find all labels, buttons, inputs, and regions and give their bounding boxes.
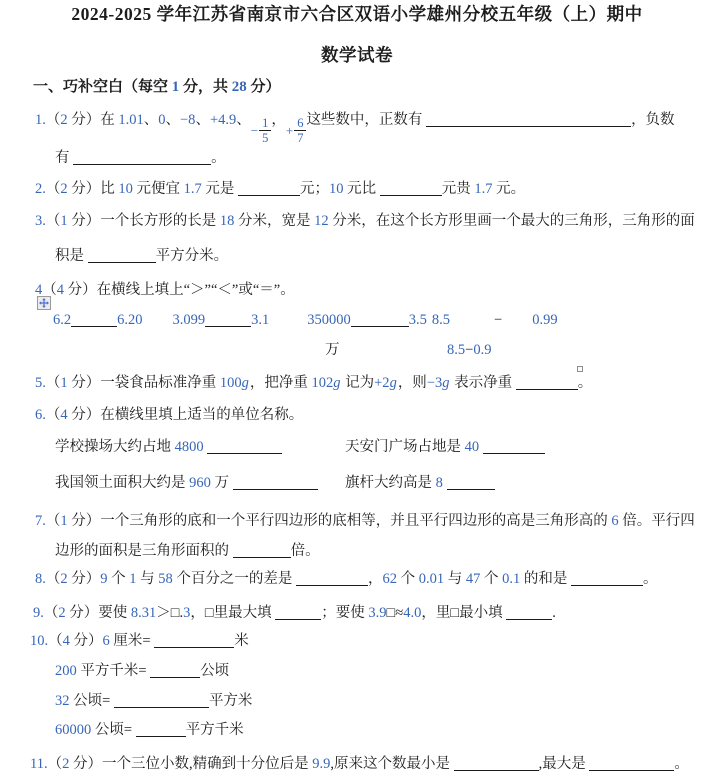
exam-paper: 2024-2025 学年江苏省南京市六合区双语小学雄州分校五年级（上）期中 数学… (0, 0, 714, 779)
text-segment: 个 (397, 571, 419, 587)
text-segment: 厘米= (110, 633, 154, 649)
text-segment: 这些数中，正数有 (306, 112, 426, 128)
text-segment: 分）在横线里填上适当的单位名称。 (68, 407, 304, 423)
q3-line2: 积是 平方分米。 (55, 247, 228, 266)
number-segment: 10. (30, 633, 48, 649)
number-segment: 6.2 (53, 312, 71, 328)
text-segment: 公顷= (91, 722, 135, 738)
text-segment: 旗杆大约高是 (345, 475, 436, 491)
blank-underline (233, 477, 318, 490)
number-segment: 2 (58, 605, 65, 621)
text-segment: （ (44, 605, 59, 621)
blank-underline (589, 758, 674, 771)
text-segment: ，负数 (631, 112, 675, 128)
blank-underline (150, 665, 200, 678)
text-segment: 与 (444, 571, 466, 587)
text-segment: （ (46, 513, 61, 529)
number-segment: 2 (60, 181, 67, 197)
number-segment: 32 (55, 693, 70, 709)
number-segment: 100 (220, 375, 242, 391)
text-segment: （ (46, 375, 61, 391)
text-segment: 分）一袋食品标准净重 (68, 375, 220, 391)
q6-row2-right: 旗杆大约高是 8 (345, 474, 495, 493)
unit-g-segment: g (333, 375, 341, 391)
fraction-stack: 15 (259, 116, 271, 146)
text-segment: 、 (144, 112, 159, 128)
number-segment: 2. (35, 181, 46, 197)
q7-line1: 7.（1 分）一个三角形的底和一个平行四边形的底相等，并且平行四边形的高是三角形… (35, 512, 695, 531)
text-segment: 平方千米= (77, 663, 150, 679)
number-segment: 40 (465, 439, 480, 455)
blank-underline (233, 545, 291, 558)
number-segment: 350000 (307, 312, 351, 328)
q6-head: 6.（4 分）在横线里填上适当的单位名称。 (35, 406, 303, 425)
text-segment: 、 (236, 112, 251, 128)
text-segment: . (552, 605, 556, 621)
blank-underline (483, 441, 545, 454)
blank-underline (207, 441, 282, 454)
text-segment: 。 (578, 375, 593, 391)
text-segment: ， (368, 571, 383, 587)
text-segment: 天安门广场占地是 (345, 439, 465, 455)
text-segment: 分）要使 (66, 605, 131, 621)
number-segment: 3.5 (409, 312, 427, 328)
fraction: +67 (286, 116, 307, 146)
q7-line2: 边形的面积是三角形面积的 倍。 (55, 542, 320, 561)
text-segment: ,最大是 (539, 756, 590, 772)
q10: 10.（4 分）6 厘米= 米 (30, 632, 249, 651)
q1-line2: 有 。 (55, 149, 226, 168)
number-segment: 4800 (175, 439, 204, 455)
number-segment: 1.01 (118, 112, 143, 128)
text-segment: 万 (211, 475, 233, 491)
text-segment: 分） (247, 79, 281, 95)
fraction-denominator: 7 (294, 131, 306, 145)
blank-underline (516, 377, 578, 390)
number-segment: 1.7 (184, 181, 202, 197)
number-segment: 1 (60, 375, 67, 391)
text-segment: 倍。 (291, 543, 320, 559)
q2: 2.（2 分）比 10 元便宜 1.7 元是 元；10 元比 元贵 1.7 元。 (35, 180, 525, 199)
number-segment: 4 (57, 282, 64, 298)
fraction-numerator: 6 (294, 116, 306, 131)
number-segment: 102 (312, 375, 334, 391)
square-artifact (577, 366, 583, 372)
number-segment: 200 (55, 663, 77, 679)
text-segment: 米 (234, 633, 249, 649)
q4: 4（4 分）在横线上填上“＞”“＜”或“＝”。 (35, 281, 295, 300)
text-segment: ,原来这个数最小是 (330, 756, 453, 772)
text-segment: 平方千米 (186, 722, 244, 738)
blank-underline (275, 607, 321, 620)
text-segment: 个百分之一的差是 (173, 571, 296, 587)
number-segment: 4 (60, 407, 67, 423)
fraction-sign: + (286, 121, 293, 140)
number-segment: 9. (33, 605, 44, 621)
number-segment: +2 (374, 375, 389, 391)
text-segment: 分米，在这个长方形里画一个最大的三角形，三角形的面 (329, 213, 695, 229)
fraction-stack: 67 (294, 116, 306, 146)
number-segment: 0.9 (473, 342, 491, 358)
text-segment: 一、巧补空白（每空 (33, 79, 172, 95)
text-segment: 元比 (344, 181, 380, 197)
number-segment: 10 (118, 181, 133, 197)
number-segment: 3. (35, 213, 46, 229)
text-segment: （ (48, 756, 63, 772)
text-segment: 个 (108, 571, 130, 587)
q10-sub3: 60000 公顷= 平方千米 (55, 721, 244, 740)
text-segment: （ (46, 181, 61, 197)
number-segment: 8 (436, 475, 443, 491)
number-segment: 9 (100, 571, 107, 587)
text-segment: 表示净重 (451, 375, 516, 391)
number-segment: 6 (103, 633, 110, 649)
text-segment: 记为 (342, 375, 375, 391)
text-segment: 的和是 (520, 571, 571, 587)
text-segment: 元； (300, 181, 329, 197)
text-segment: 。 (643, 571, 658, 587)
number-segment: −8 (180, 112, 195, 128)
blank-underline (454, 758, 539, 771)
text-segment: （ (46, 213, 61, 229)
text-segment: （ (48, 633, 63, 649)
number-segment: 4.0 (403, 605, 421, 621)
text-segment: 与 (137, 571, 159, 587)
text-segment: 分，共 (179, 79, 232, 95)
text-segment: 分米，宽是 (234, 213, 314, 229)
number-segment: 1.7 (474, 181, 492, 197)
number-segment: +4.9 (210, 112, 236, 128)
text-segment: 平方分米。 (156, 248, 229, 264)
fraction: −15 (251, 116, 272, 146)
q11: 11.（2 分）一个三位小数,精确到十分位后是 9.9,原来这个数最小是 ,最大… (30, 755, 689, 774)
q10-sub1: 200 平方千米= 公顷 (55, 662, 229, 681)
number-segment: 28 (232, 79, 247, 95)
text-segment: 平方米 (209, 693, 253, 709)
blank-underline (238, 183, 300, 196)
number-segment: 6. (35, 407, 46, 423)
number-segment: 12 (314, 213, 329, 229)
text-segment: 万 (325, 342, 340, 358)
q9: 9.（2 分）要使 8.31＞□.3，□里最大填 ；要使 3.9□≈4.0，里□… (33, 604, 556, 623)
number-segment: 0.1 (502, 571, 520, 587)
text-segment: 分） (70, 633, 103, 649)
blank-underline (71, 314, 117, 327)
number-segment: 8.31 (131, 605, 156, 621)
text-segment: ，则 (398, 375, 427, 391)
blank-underline (114, 695, 209, 708)
number-segment: 8.5 (447, 342, 465, 358)
section-heading: 一、巧补空白（每空 1 分，共 28 分） (33, 78, 281, 97)
unit-g-segment: g (442, 375, 450, 391)
text-segment: 分）在 (68, 112, 119, 128)
text-segment: 公顷= (70, 693, 114, 709)
text-segment: （ (46, 112, 61, 128)
cmp-row2-wan: 万 (325, 341, 340, 360)
q5: 5.（1 分）一袋食品标准净重 100g，把净重 102g 记为+2g，则−3g… (35, 374, 592, 393)
number-segment: 0.99 (532, 312, 557, 328)
page-title-line2: 数学试卷 (0, 43, 714, 67)
fraction-numerator: 1 (259, 116, 271, 131)
text-segment: 分）一个长方形的长是 (68, 213, 220, 229)
text-segment: 学校操场大约占地 (55, 439, 175, 455)
number-segment: 1 (60, 213, 67, 229)
text-segment: 分）在横线上填上“＞”“＜”或“＝”。 (64, 282, 295, 298)
number-segment: 18 (220, 213, 235, 229)
q1-line1: 1.（2 分）在 1.01、0、−8、+4.9、−15，+67这些数中，正数有 … (35, 111, 675, 145)
blank-underline (351, 314, 409, 327)
number-segment: 5. (35, 375, 46, 391)
text-segment: 我国领土面积大约是 (55, 475, 189, 491)
text-segment: 元是 (202, 181, 238, 197)
fraction-sign: − (251, 121, 258, 140)
text-segment: （ (46, 407, 61, 423)
number-segment: 60000 (55, 722, 91, 738)
blank-underline (447, 477, 495, 490)
number-segment: 2 (60, 571, 67, 587)
text-segment: ＞□. (156, 605, 183, 621)
number-segment: 960 (189, 475, 211, 491)
blank-underline (296, 573, 368, 586)
q10-sub2: 32 公顷= 平方米 (55, 692, 252, 711)
number-segment: 0.01 (419, 571, 444, 587)
number-segment: 58 (158, 571, 173, 587)
blank-underline (506, 607, 552, 620)
text-segment: 分）一个三角形的底和一个平行四边形的底相等，并且平行四边形的高是三角形高的 (68, 513, 612, 529)
blank-underline (380, 183, 442, 196)
number-segment: 11. (30, 756, 48, 772)
number-segment: 1 (129, 571, 136, 587)
text-segment: ，里□最小填 (421, 605, 506, 621)
number-segment: 4 (63, 633, 70, 649)
text-segment: 边形的面积是三角形面积的 (55, 543, 233, 559)
text-segment: 公顷 (200, 663, 229, 679)
number-segment: 3.1 (251, 312, 269, 328)
text-segment: 积是 (55, 248, 88, 264)
number-segment: 3.099 (173, 312, 206, 328)
fraction-denominator: 5 (259, 131, 271, 145)
number-segment: 10 (329, 181, 344, 197)
text-segment: 分） (68, 571, 101, 587)
number-segment: 8. (35, 571, 46, 587)
number-segment: 62 (383, 571, 398, 587)
q6-row2-left: 我国领土面积大约是 960 万 (55, 474, 318, 493)
text-segment: 分）一个三位小数,精确到十分位后是 (69, 756, 312, 772)
blank-underline (73, 152, 211, 165)
q8: 8.（2 分）9 个 1 与 58 个百分之一的差是 ，62 个 0.01 与 … (35, 570, 658, 589)
number-segment: 0 (158, 112, 165, 128)
cmp-row2-diff: 8.5−0.9 (447, 341, 491, 360)
text-segment: ，□里最大填 (190, 605, 275, 621)
blank-underline (88, 250, 156, 263)
number-segment: 2 (60, 112, 67, 128)
blank-underline (205, 314, 251, 327)
q6-row1-left: 学校操场大约占地 4800 (55, 438, 282, 457)
text-segment: 元。 (493, 181, 526, 197)
move-anchor-icon (37, 296, 51, 310)
text-segment: 、 (166, 112, 181, 128)
blank-underline (154, 635, 234, 648)
text-segment: − (494, 312, 502, 328)
number-segment: 47 (466, 571, 481, 587)
number-segment: 7. (35, 513, 46, 529)
text-segment: 倍。平行四 (619, 513, 695, 529)
unit-g-segment: g (242, 375, 250, 391)
text-segment: ， (271, 112, 286, 128)
number-segment: 1 (60, 513, 67, 529)
blank-underline (426, 114, 631, 127)
text-segment: 元便宜 (133, 181, 184, 197)
number-segment: 9.9 (312, 756, 330, 772)
q3-line1: 3.（1 分）一个长方形的长是 18 分米，宽是 12 分米，在这个长方形里画一… (35, 212, 695, 231)
text-segment: 分）比 (68, 181, 119, 197)
text-segment: 。 (211, 150, 226, 166)
text-segment: 、 (195, 112, 210, 128)
blank-underline (136, 724, 186, 737)
page-title-line1: 2024-2025 学年江苏省南京市六合区双语小学雄州分校五年级（上）期中 (0, 2, 714, 26)
blank-underline (571, 573, 643, 586)
unit-g-segment: g (390, 375, 398, 391)
number-segment: 3.9 (368, 605, 386, 621)
number-segment: −3 (427, 375, 442, 391)
q6-row1-right: 天安门广场占地是 40 (345, 438, 545, 457)
cmp-row1: 6.26.203.0993.13500003.58.5−0.99 (53, 311, 558, 330)
text-segment: ；要使 (321, 605, 368, 621)
text-segment: 元贵 (442, 181, 475, 197)
number-segment: 8.5 (432, 312, 450, 328)
number-segment: 6.20 (117, 312, 142, 328)
text-segment: □≈ (387, 605, 404, 621)
text-segment: 有 (55, 150, 73, 166)
text-segment: 。 (674, 756, 689, 772)
number-segment: 6 (611, 513, 618, 529)
number-segment: 1. (35, 112, 46, 128)
text-segment: ，把净重 (250, 375, 312, 391)
text-segment: （ (46, 571, 61, 587)
text-segment: 个 (480, 571, 502, 587)
